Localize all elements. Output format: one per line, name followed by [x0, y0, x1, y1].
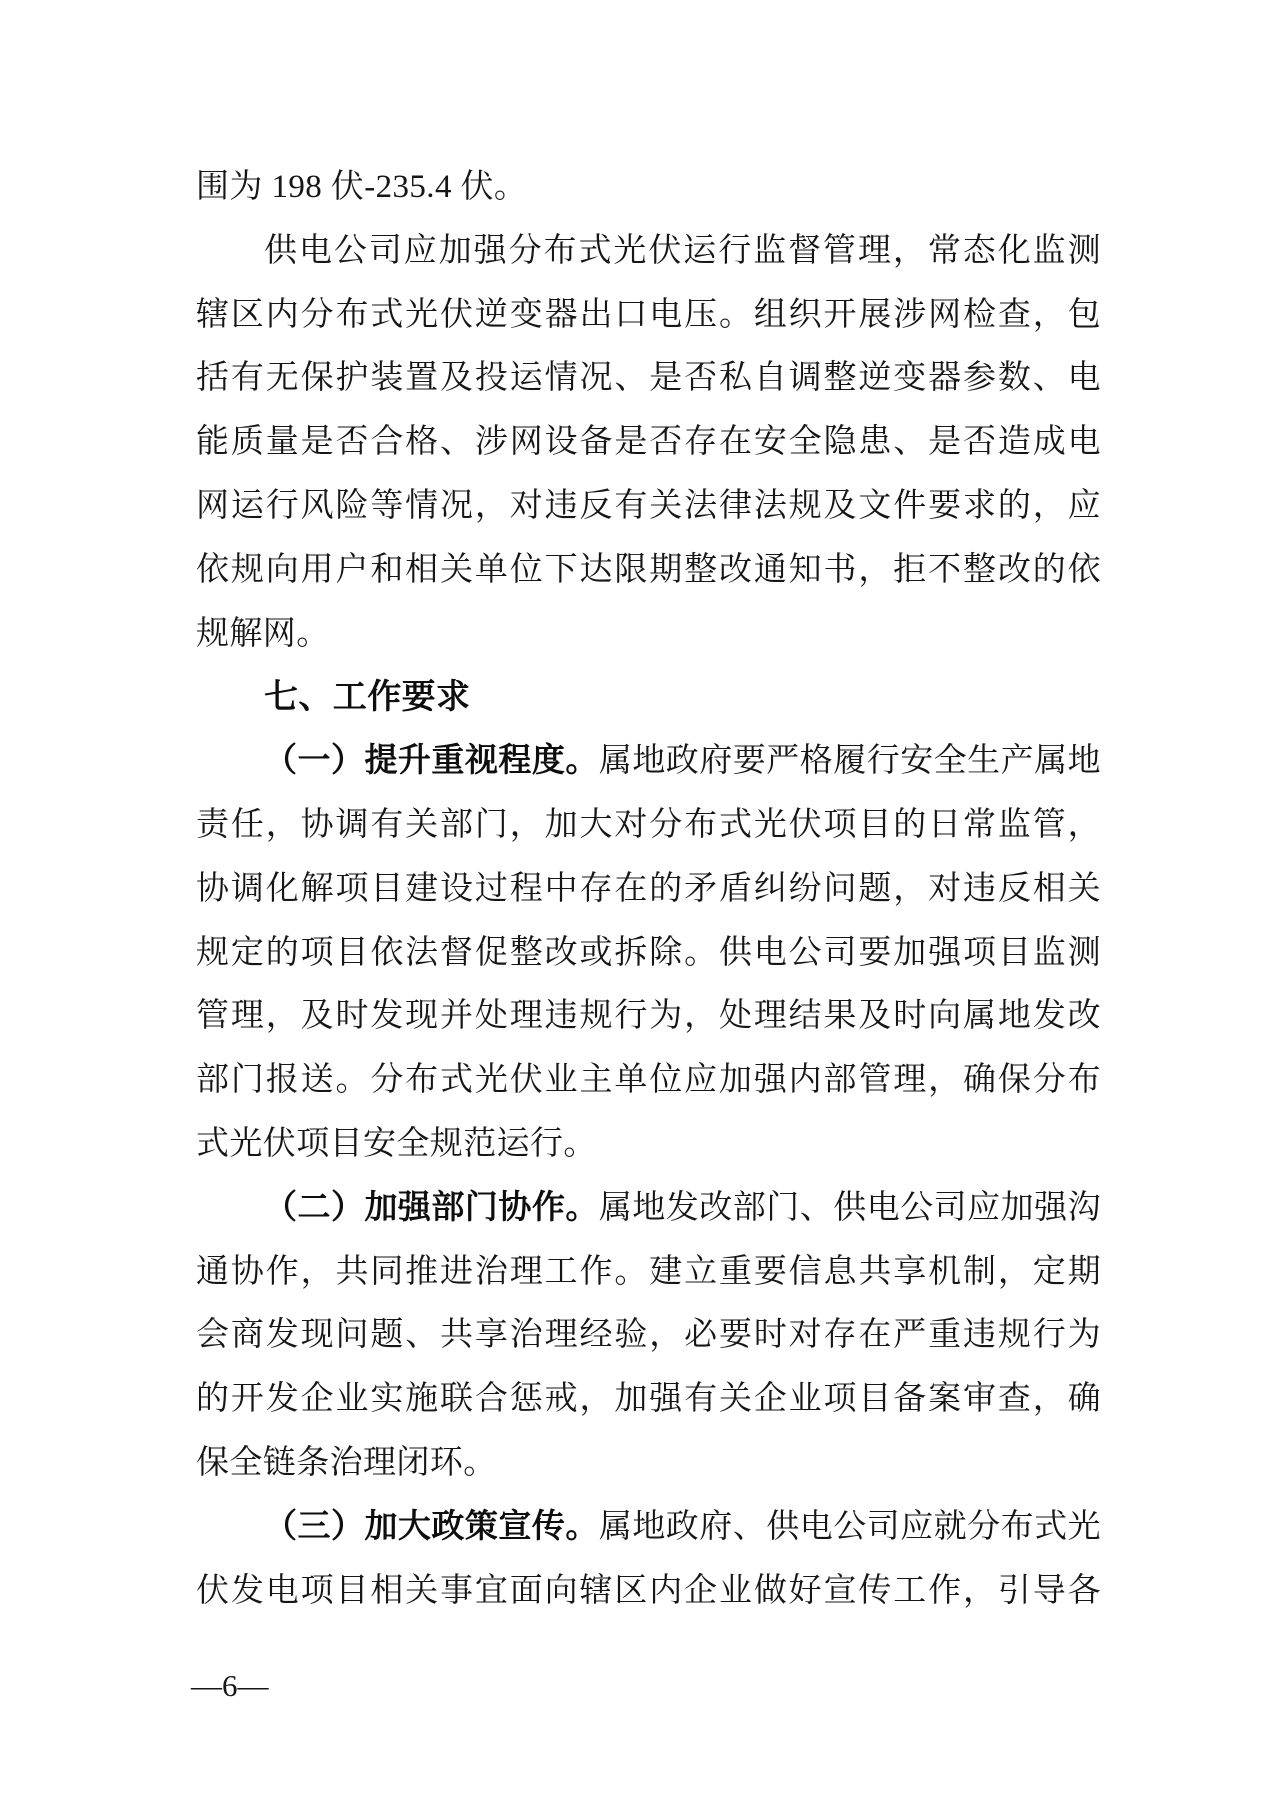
- bold-lead: （二）加强部门协作。: [264, 1190, 599, 1226]
- line-text: 能质量是否合格、涉网设备是否存在安全隐患、是否造成电: [196, 424, 1101, 460]
- line-text: 依规向用户和相关单位下达限期整改通知书，拒不整改的依: [196, 552, 1101, 588]
- line-text: 会商发现问题、共享治理经验，必要时对存在严重违规行为: [196, 1317, 1101, 1353]
- text-line: 供电公司应加强分布式光伏运行监督管理，常态化监测: [196, 220, 1101, 284]
- line-text: 规定的项目依法督促整改或拆除。供电公司要加强项目监测: [196, 935, 1101, 971]
- text-line: 式光伏项目安全规范运行。: [196, 1113, 1101, 1177]
- text-line: 协调化解项目建设过程中存在的矛盾纠纷问题，对违反相关: [196, 858, 1101, 922]
- text-line: 保全链条治理闭环。: [196, 1432, 1101, 1496]
- text-line: 通协作，共同推进治理工作。建立重要信息共享机制，定期: [196, 1241, 1101, 1305]
- page-number: —6—: [191, 1666, 269, 1706]
- text-line: 会商发现问题、共享治理经验，必要时对存在严重违规行为: [196, 1304, 1101, 1368]
- line-text: 围为 198 伏-235.4 伏。: [196, 169, 527, 205]
- text-line: 规定的项目依法督促整改或拆除。供电公司要加强项目监测: [196, 922, 1101, 986]
- line-text: 管理，及时发现并处理违规行为，处理结果及时向属地发改: [196, 998, 1101, 1034]
- line-text: 式光伏项目安全规范运行。: [196, 1126, 597, 1162]
- text-line: 的开发企业实施联合惩戒，加强有关企业项目备案审查，确: [196, 1368, 1101, 1432]
- line-text: 属地发改部门、供电公司应加强沟: [599, 1190, 1101, 1226]
- line-text: 供电公司应加强分布式光伏运行监督管理，常态化监测: [264, 233, 1101, 269]
- bold-lead: （三）加大政策宣传。: [264, 1509, 599, 1545]
- line-text: 部门报送。分布式光伏业主单位应加强内部管理，确保分布: [196, 1062, 1101, 1098]
- text-line: 辖区内分布式光伏逆变器出口电压。组织开展涉网检查，包: [196, 284, 1101, 348]
- line-text: 伏发电项目相关事宜面向辖区内企业做好宣传工作，引导各: [196, 1573, 1101, 1609]
- heading-text: 七、工作要求: [264, 678, 470, 716]
- line-text: 责任，协调有关部门，加大对分布式光伏项目的日常监管，: [196, 807, 1101, 843]
- text-line: 伏发电项目相关事宜面向辖区内企业做好宣传工作，引导各: [196, 1560, 1101, 1624]
- text-line: 能质量是否合格、涉网设备是否存在安全隐患、是否造成电: [196, 411, 1101, 475]
- text-line: （一）提升重视程度。属地政府要严格履行安全生产属地: [196, 730, 1101, 794]
- text-line: 依规向用户和相关单位下达限期整改通知书，拒不整改的依: [196, 539, 1101, 603]
- line-text: 括有无保护装置及投运情况、是否私自调整逆变器参数、电: [196, 360, 1101, 396]
- line-text: 属地政府要严格履行安全生产属地: [599, 743, 1101, 779]
- section-heading: 七、工作要求: [196, 666, 1101, 730]
- text-line: 责任，协调有关部门，加大对分布式光伏项目的日常监管，: [196, 794, 1101, 858]
- line-text: 属地政府、供电公司应就分布式光: [599, 1509, 1101, 1545]
- document-body: 围为 198 伏-235.4 伏。 供电公司应加强分布式光伏运行监督管理，常态化…: [196, 156, 1101, 1623]
- line-text: 协调化解项目建设过程中存在的矛盾纠纷问题，对违反相关: [196, 871, 1101, 907]
- text-line: （二）加强部门协作。属地发改部门、供电公司应加强沟: [196, 1177, 1101, 1241]
- line-text: 保全链条治理闭环。: [196, 1445, 497, 1481]
- line-text: 规解网。: [196, 616, 330, 652]
- text-line: 网运行风险等情况，对违反有关法律法规及文件要求的，应: [196, 475, 1101, 539]
- line-text: 辖区内分布式光伏逆变器出口电压。组织开展涉网检查，包: [196, 297, 1101, 333]
- text-line: （三）加大政策宣传。属地政府、供电公司应就分布式光: [196, 1496, 1101, 1560]
- text-line: 围为 198 伏-235.4 伏。: [196, 156, 1101, 220]
- text-line: 规解网。: [196, 603, 1101, 667]
- bold-lead: （一）提升重视程度。: [264, 743, 599, 779]
- line-text: 的开发企业实施联合惩戒，加强有关企业项目备案审查，确: [196, 1381, 1101, 1417]
- line-text: 通协作，共同推进治理工作。建立重要信息共享机制，定期: [196, 1254, 1101, 1290]
- document-page: 围为 198 伏-235.4 伏。 供电公司应加强分布式光伏运行监督管理，常态化…: [0, 0, 1280, 1810]
- text-line: 括有无保护装置及投运情况、是否私自调整逆变器参数、电: [196, 347, 1101, 411]
- text-line: 管理，及时发现并处理违规行为，处理结果及时向属地发改: [196, 985, 1101, 1049]
- text-line: 部门报送。分布式光伏业主单位应加强内部管理，确保分布: [196, 1049, 1101, 1113]
- line-text: 网运行风险等情况，对违反有关法律法规及文件要求的，应: [196, 488, 1101, 524]
